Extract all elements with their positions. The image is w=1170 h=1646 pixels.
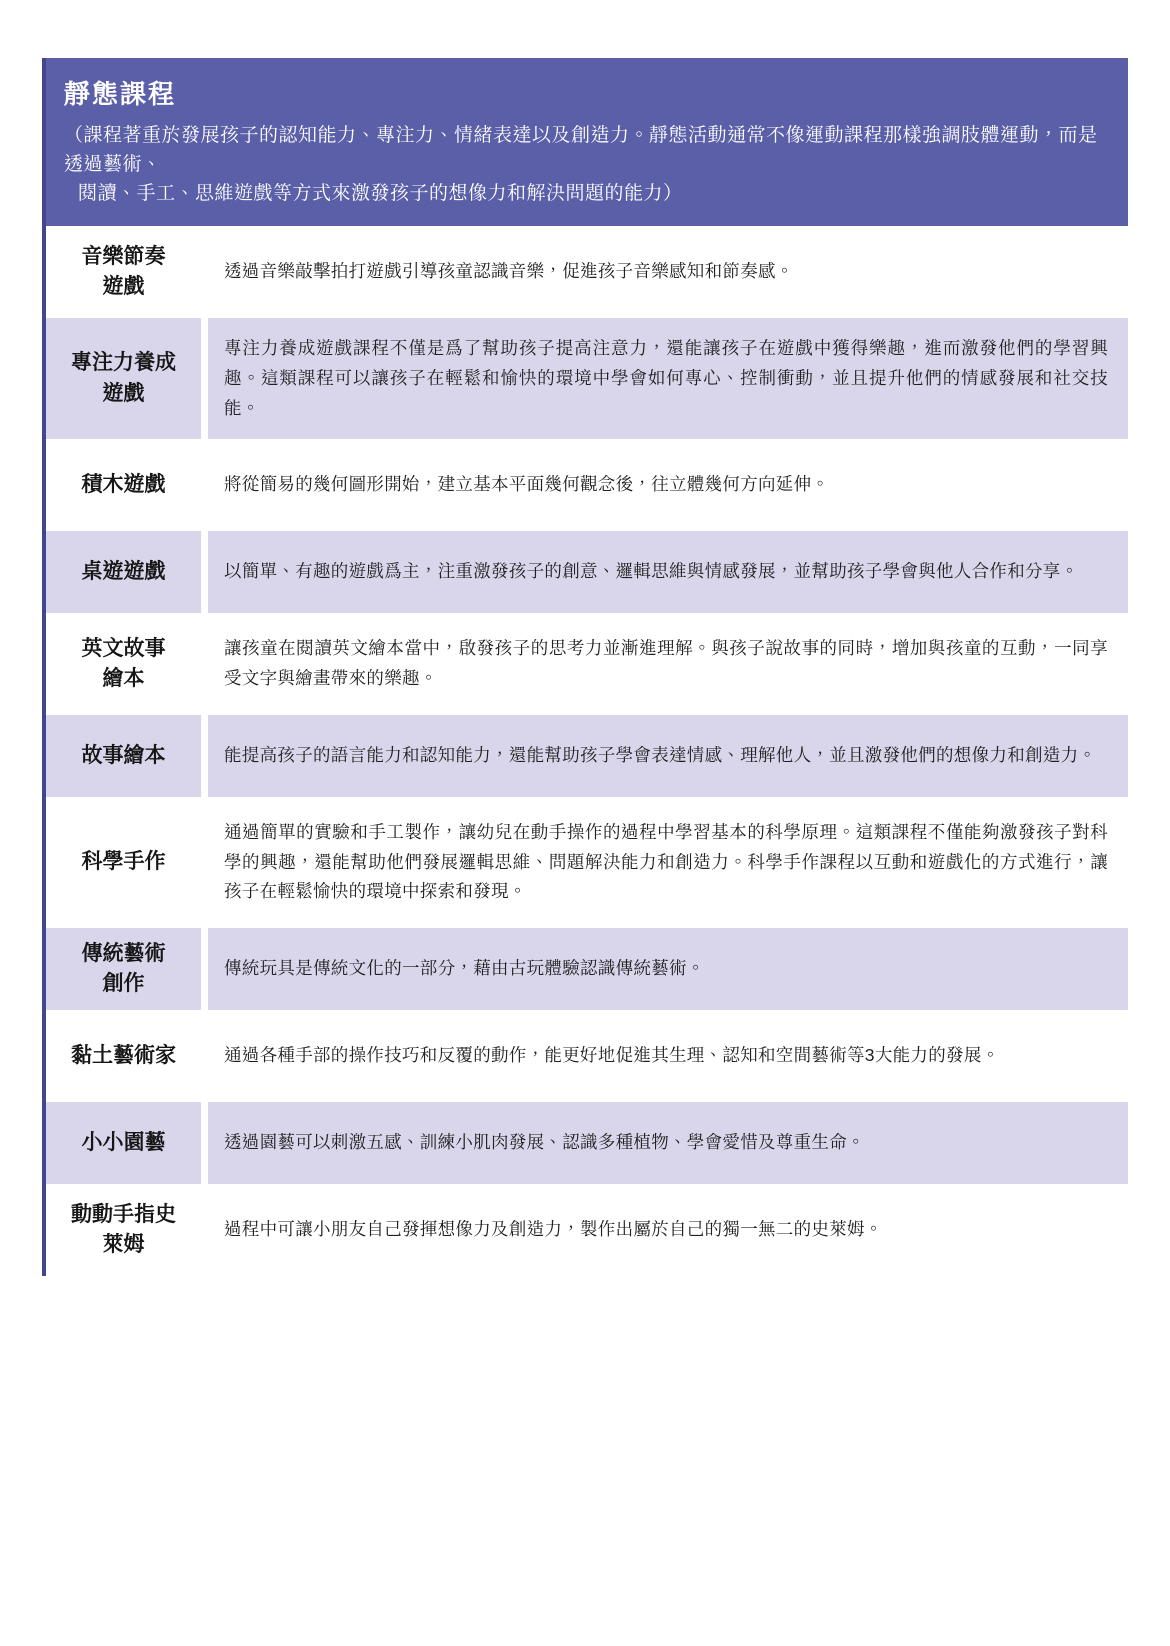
course-description-cell: 專注力養成遊戲課程不僅是爲了幫助孩子提高注意力，還能讓孩子在遊戲中獲得樂趣，進而… (208, 318, 1128, 439)
course-description-cell: 透過園藝可以刺激五感、訓練小肌肉發展、認識多種植物、學會愛惜及尊重生命。 (208, 1102, 1128, 1184)
course-row: 音樂節奏 遊戲 透過音樂敲擊拍打遊戲引導孩童認識音樂，促進孩子音樂感知和節奏感。 (46, 231, 1128, 313)
course-description-cell: 過程中可讓小朋友自己發揮想像力及創造力，製作出屬於自己的獨一無二的史萊姆。 (208, 1189, 1128, 1271)
course-description-cell: 以簡單、有趣的遊戲爲主，注重激發孩子的創意、邏輯思維與情感發展，並幫助孩子學會與… (208, 531, 1128, 613)
course-rows: 音樂節奏 遊戲 透過音樂敲擊拍打遊戲引導孩童認識音樂，促進孩子音樂感知和節奏感。… (46, 231, 1128, 1271)
course-description: 透過音樂敲擊拍打遊戲引導孩童認識音樂，促進孩子音樂感知和節奏感。 (224, 257, 794, 287)
course-row: 桌遊遊戲 以簡單、有趣的遊戲爲主，注重激發孩子的創意、邏輯思維與情感發展，並幫助… (46, 531, 1128, 613)
course-name: 科學手作 (46, 802, 201, 923)
course-category-header: 靜態課程 （課程著重於發展孩子的認知能力、專注力、情緒表達以及創造力。靜態活動通… (46, 58, 1128, 226)
category-description-line-1: （課程著重於發展孩子的認知能力、專注力、情緒表達以及創造力。靜態活動通常不像運動… (64, 121, 1106, 179)
course-row: 動動手指史 萊姆 過程中可讓小朋友自己發揮想像力及創造力，製作出屬於自己的獨一無… (46, 1189, 1128, 1271)
course-row: 黏土藝術家 通過各種手部的操作技巧和反覆的動作，能更好地促進其生理、認知和空間藝… (46, 1015, 1128, 1097)
course-row: 傳統藝術 創作 傳統玩具是傳統文化的一部分，藉由古玩體驗認識傳統藝術。 (46, 928, 1128, 1010)
course-row: 故事繪本 能提高孩子的語言能力和認知能力，還能幫助孩子學會表達情感、理解他人，並… (46, 715, 1128, 797)
course-table-card: 靜態課程 （課程著重於發展孩子的認知能力、專注力、情緒表達以及創造力。靜態活動通… (42, 58, 1128, 1276)
course-description: 通過簡單的實驗和手工製作，讓幼兒在動手操作的過程中學習基本的科學原理。這類課程不… (224, 818, 1108, 907)
course-name: 桌遊遊戲 (46, 531, 201, 613)
course-description: 專注力養成遊戲課程不僅是爲了幫助孩子提高注意力，還能讓孩子在遊戲中獲得樂趣，進而… (224, 334, 1108, 423)
course-name: 專注力養成 遊戲 (46, 318, 201, 439)
page: { "colors": { "header_background": "#5b5… (0, 0, 1170, 1646)
course-name: 英文故事 繪本 (46, 618, 201, 710)
course-name: 故事繪本 (46, 715, 201, 797)
course-description-cell: 通過各種手部的操作技巧和反覆的動作，能更好地促進其生理、認知和空間藝術等3大能力… (208, 1015, 1128, 1097)
course-row: 科學手作 通過簡單的實驗和手工製作，讓幼兒在動手操作的過程中學習基本的科學原理。… (46, 802, 1128, 923)
course-description: 透過園藝可以刺激五感、訓練小肌肉發展、認識多種植物、學會愛惜及尊重生命。 (224, 1128, 865, 1158)
course-description: 過程中可讓小朋友自己發揮想像力及創造力，製作出屬於自己的獨一無二的史萊姆。 (224, 1215, 883, 1245)
course-description-cell: 傳統玩具是傳統文化的一部分，藉由古玩體驗認識傳統藝術。 (208, 928, 1128, 1010)
course-name: 黏土藝術家 (46, 1015, 201, 1097)
course-description: 讓孩童在閱讀英文繪本當中，啟發孩子的思考力並漸進理解。與孩子說故事的同時，增加與… (224, 634, 1108, 694)
course-name: 傳統藝術 創作 (46, 928, 201, 1010)
category-description-line-2: 閱讀、手工、思維遊戲等方式來激發孩子的想像力和解決問題的能力） (64, 179, 1106, 208)
course-row: 積木遊戲 將從簡易的幾何圖形開始，建立基本平面幾何觀念後，往立體幾何方向延伸。 (46, 444, 1128, 526)
course-row: 專注力養成 遊戲 專注力養成遊戲課程不僅是爲了幫助孩子提高注意力，還能讓孩子在遊… (46, 318, 1128, 439)
course-description: 通過各種手部的操作技巧和反覆的動作，能更好地促進其生理、認知和空間藝術等3大能力… (224, 1041, 999, 1071)
course-row: 英文故事 繪本 讓孩童在閱讀英文繪本當中，啟發孩子的思考力並漸進理解。與孩子說故… (46, 618, 1128, 710)
course-description: 傳統玩具是傳統文化的一部分，藉由古玩體驗認識傳統藝術。 (224, 954, 705, 984)
course-name: 動動手指史 萊姆 (46, 1189, 201, 1271)
course-description-cell: 讓孩童在閱讀英文繪本當中，啟發孩子的思考力並漸進理解。與孩子說故事的同時，增加與… (208, 618, 1128, 710)
course-name: 積木遊戲 (46, 444, 201, 526)
course-description-cell: 將從簡易的幾何圖形開始，建立基本平面幾何觀念後，往立體幾何方向延伸。 (208, 444, 1128, 526)
course-description-cell: 透過音樂敲擊拍打遊戲引導孩童認識音樂，促進孩子音樂感知和節奏感。 (208, 231, 1128, 313)
page-title: 靜態課程 (64, 74, 1106, 111)
course-description-cell: 能提高孩子的語言能力和認知能力，還能幫助孩子學會表達情感、理解他人，並且激發他們… (208, 715, 1128, 797)
course-description: 能提高孩子的語言能力和認知能力，還能幫助孩子學會表達情感、理解他人，並且激發他們… (224, 741, 1096, 771)
course-description: 將從簡易的幾何圖形開始，建立基本平面幾何觀念後，往立體幾何方向延伸。 (224, 470, 829, 500)
course-name: 音樂節奏 遊戲 (46, 231, 201, 313)
course-description-cell: 通過簡單的實驗和手工製作，讓幼兒在動手操作的過程中學習基本的科學原理。這類課程不… (208, 802, 1128, 923)
course-description: 以簡單、有趣的遊戲爲主，注重激發孩子的創意、邏輯思維與情感發展，並幫助孩子學會與… (224, 557, 1078, 587)
course-name: 小小園藝 (46, 1102, 201, 1184)
course-row: 小小園藝 透過園藝可以刺激五感、訓練小肌肉發展、認識多種植物、學會愛惜及尊重生命… (46, 1102, 1128, 1184)
